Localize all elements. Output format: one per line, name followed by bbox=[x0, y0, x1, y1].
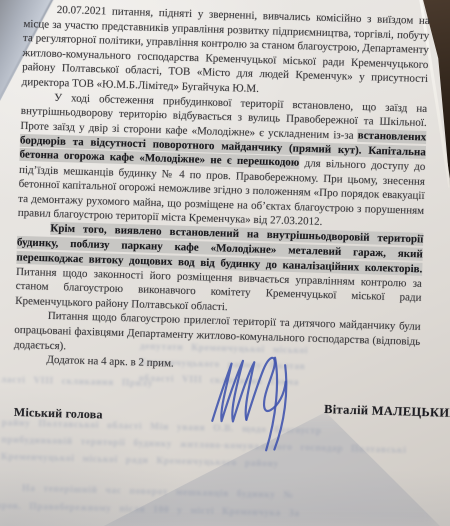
paragraph-survey: У ході обстеження прибудинкової територі… bbox=[18, 90, 428, 233]
letter-text: 20.07.2021 питання, підняті у зверненні,… bbox=[11, 2, 430, 465]
document-photo: депутати Кременчуцької міської Кременчуц… bbox=[0, 0, 450, 526]
signature-ink bbox=[207, 352, 314, 453]
paragraph-survey-text: для вільного доступу до під’їздів мешкан… bbox=[18, 157, 426, 228]
paragraph-garage: Крім того, виявлено встановлений на внут… bbox=[15, 221, 423, 321]
signer-title: Міський голова bbox=[14, 405, 103, 422]
signature-block: Міський голова Віталій МАЛЕЦЬКИЙ bbox=[11, 389, 419, 465]
bottom-shadow bbox=[0, 470, 450, 526]
paragraph-inspection: 20.07.2021 питання, підняті у зверненні,… bbox=[21, 2, 429, 102]
signer-name: Віталій МАЛЕЦЬКИЙ bbox=[324, 402, 450, 421]
